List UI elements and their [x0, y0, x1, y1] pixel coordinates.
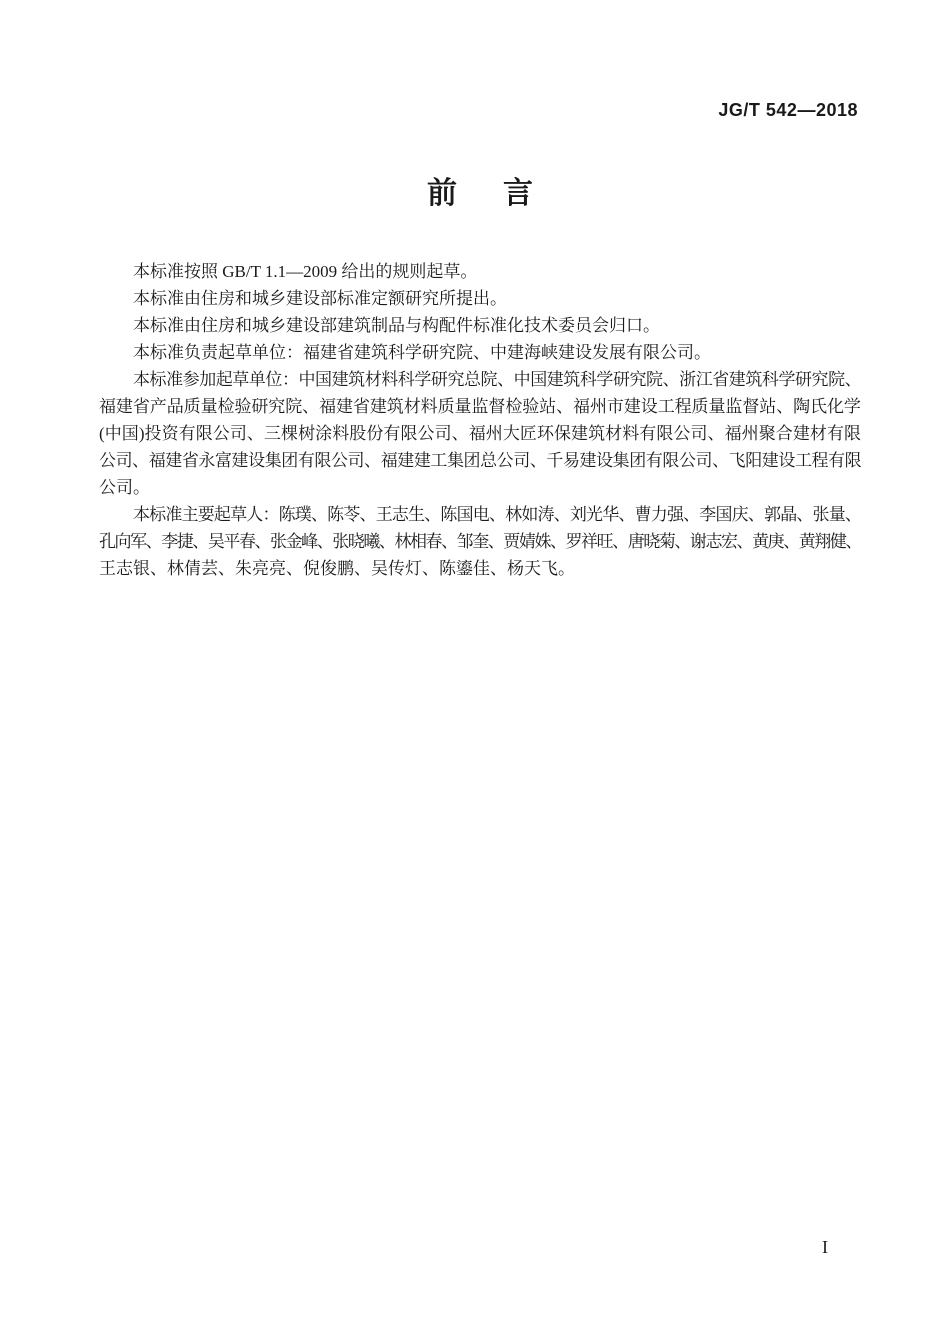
foreword-line-text: 本标准按照 GB/T 1.1—2009 给出的规则起草。: [133, 262, 477, 281]
foreword-line: 本标准负责起草单位：福建省建筑科学研究院、中建海峡建设发展有限公司。: [99, 339, 861, 366]
foreword-line-text: 本标准参加起草单位：中国建筑材料科学研究总院、中国建筑科学研究院、浙江省建筑科学…: [133, 370, 861, 389]
foreword-line: 本标准主要起草人：陈璞、陈苓、王志生、陈国电、林如涛、刘光华、曹力强、李国庆、郭…: [99, 501, 861, 528]
foreword-line-text: 本标准由住房和城乡建设部标准定额研究所提出。: [133, 289, 507, 308]
foreword-line: 公司、福建省永富建设集团有限公司、福建建工集团总公司、千易建设集团有限公司、飞阳…: [99, 447, 861, 474]
foreword-line: 公司。: [99, 474, 861, 501]
foreword-line-text: 本标准主要起草人：陈璞、陈苓、王志生、陈国电、林如涛、刘光华、曹力强、李国庆、郭…: [133, 505, 861, 524]
foreword-line: 福建省产品质量检验研究院、福建省建筑材料质量监督检验站、福州市建设工程质量监督站…: [99, 393, 861, 420]
foreword-body: 本标准按照 GB/T 1.1—2009 给出的规则起草。本标准由住房和城乡建设部…: [99, 258, 861, 582]
foreword-line-text: 孔向军、李捷、吴平春、张金峰、张晓曦、林相春、邹奎、贾婧姝、罗祥旺、唐晓菊、谢志…: [99, 532, 861, 551]
foreword-line: 本标准由住房和城乡建设部标准定额研究所提出。: [99, 285, 861, 312]
foreword-line-text: 王志银、林倩芸、朱亮亮、倪俊鹏、吴传灯、陈鎏佳、杨天飞。: [99, 559, 575, 578]
foreword-line-text: 福建省产品质量检验研究院、福建省建筑材料质量监督检验站、福州市建设工程质量监督站…: [99, 397, 861, 416]
standard-code: JG/T 542—2018: [0, 100, 858, 121]
document-page: JG/T 542—2018 前言 本标准按照 GB/T 1.1—2009 给出的…: [0, 0, 950, 1335]
foreword-line-text: (中国)投资有限公司、三棵树涂料股份有限公司、福州大匠环保建筑材料有限公司、福州…: [99, 424, 861, 443]
page-number: I: [780, 1234, 870, 1261]
foreword-line: 王志银、林倩芸、朱亮亮、倪俊鹏、吴传灯、陈鎏佳、杨天飞。: [99, 555, 861, 582]
foreword-line: 本标准由住房和城乡建设部建筑制品与构配件标准化技术委员会归口。: [99, 312, 861, 339]
foreword-line: (中国)投资有限公司、三棵树涂料股份有限公司、福州大匠环保建筑材料有限公司、福州…: [99, 420, 861, 447]
foreword-line: 孔向军、李捷、吴平春、张金峰、张晓曦、林相春、邹奎、贾婧姝、罗祥旺、唐晓菊、谢志…: [99, 528, 861, 555]
foreword-line-text: 本标准由住房和城乡建设部建筑制品与构配件标准化技术委员会归口。: [133, 316, 660, 335]
foreword-line-text: 本标准负责起草单位：福建省建筑科学研究院、中建海峡建设发展有限公司。: [133, 343, 711, 362]
foreword-line-text: 公司。: [99, 478, 150, 497]
foreword-line: 本标准参加起草单位：中国建筑材料科学研究总院、中国建筑科学研究院、浙江省建筑科学…: [99, 366, 861, 393]
page-title-text: 前言: [427, 177, 579, 210]
page-title: 前言: [99, 176, 861, 212]
foreword-line: 本标准按照 GB/T 1.1—2009 给出的规则起草。: [99, 258, 861, 285]
foreword-line-text: 公司、福建省永富建设集团有限公司、福建建工集团总公司、千易建设集团有限公司、飞阳…: [99, 451, 861, 470]
